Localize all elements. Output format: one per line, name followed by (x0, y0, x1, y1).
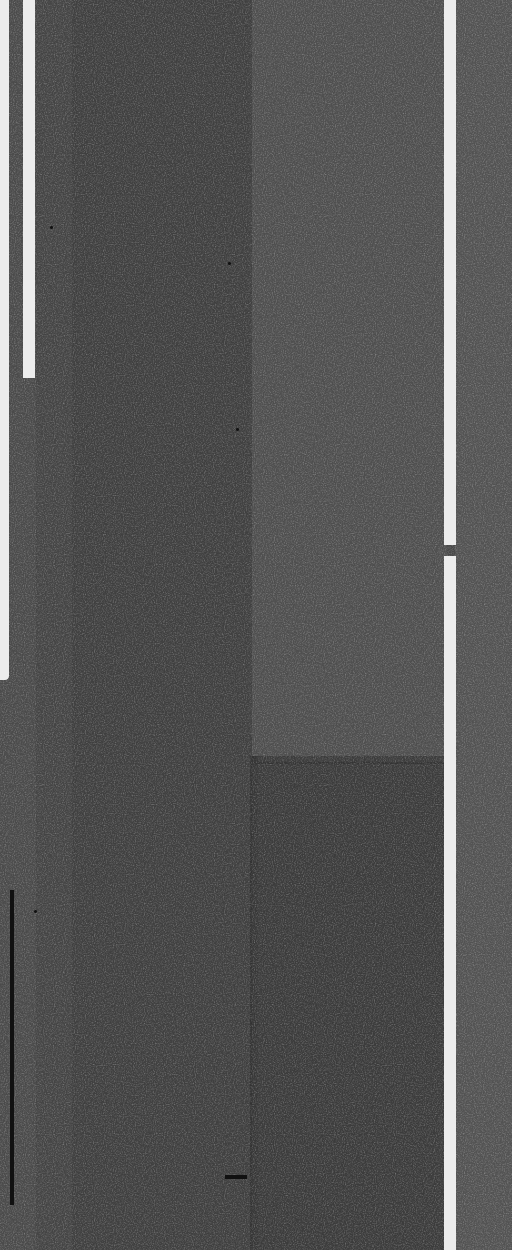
debris-spot (228, 262, 231, 265)
road-photo (0, 0, 512, 1250)
debris-spot (50, 226, 53, 229)
lane-line-right-lower (444, 556, 456, 1250)
lane-line-left (23, 0, 35, 378)
asphalt-texture (0, 0, 512, 1250)
edge-line-left (0, 0, 9, 680)
debris-spot (34, 910, 37, 913)
lane-line-right-upper (444, 0, 456, 545)
crack-seal-bottom (225, 1175, 247, 1179)
crack-seal-left (10, 890, 14, 1205)
debris-spot (236, 428, 239, 431)
